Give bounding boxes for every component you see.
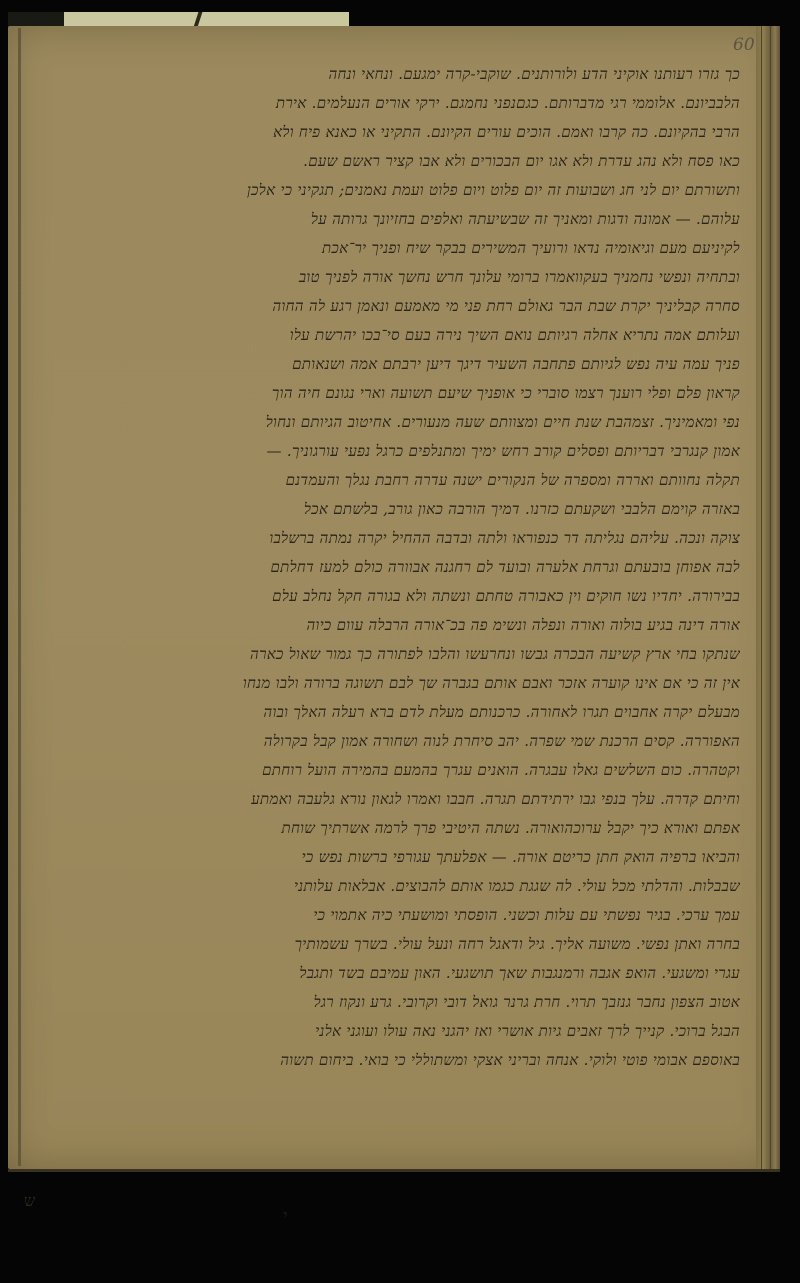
text-line: ובתחיה ונפשי נחמניך בעקוואמרו ברומי עלונ…	[80, 263, 740, 292]
text-line: אמון קנגרבי דבריותם ופסלים קורב רחש ימיך…	[80, 437, 740, 466]
text-line: סחרה קבליניך יקרת שבת הבר גאולם רחת פני …	[80, 292, 740, 321]
text-line: אין זה כי אם אינו קוערה אזכר ואבם אותם ב…	[80, 669, 740, 698]
text-line: לקיניעם מעם וגיאומיה נדאו ורועיך המשירים…	[80, 234, 740, 263]
text-line: והביאו ברפיה הואק חתן כריטם אורה. — אפלע…	[80, 843, 740, 872]
page-number: 60	[733, 35, 755, 55]
text-line: בחרה ואתן נפשי. משועה אליך. גיל ודאגל רח…	[80, 930, 740, 959]
dark-corner	[8, 12, 64, 27]
text-line: כאו פסח ולא נהג עדרת ולא אגו יום הבכורים…	[80, 147, 740, 176]
text-line: הבגל ברוכי. קנייך לרך זאבים גיות אושרי ו…	[80, 1017, 740, 1046]
text-line: אורה דינה בגיע בולוה ואורה ונפלה ונשימ פ…	[80, 611, 740, 640]
tab-mark	[194, 12, 203, 27]
footer-mark: י	[283, 1206, 288, 1227]
text-line: באוספם אבומי פוטי ולוקי. אנחה ובריני אצק…	[80, 1046, 740, 1075]
text-line: לבה אפוחן בובעתם וגרחת אלערה ובועד לם רח…	[80, 553, 740, 582]
page-edges	[756, 26, 780, 1169]
text-line: מבעלם יקרה אחבוים תגרו לאחורה. כרכנותם מ…	[80, 698, 740, 727]
text-line: אפתם ואורא כיך יקבל ערוכהואורה. נשתה היט…	[80, 814, 740, 843]
text-line: האפוררה. קסים הרכנת שמי שפרה. יהב סיחרת …	[80, 727, 740, 756]
text-line: נפי ומאמיניך. זצמהבת שנת חיים ומצוותם שע…	[80, 408, 740, 437]
text-line: ועלותם אמה נתריא אחלה רגיותם נואם השיך נ…	[80, 321, 740, 350]
text-line: הרבי בהקיונם. כה קרבו ואמם. הוכים עורים …	[80, 118, 740, 147]
text-line: שנתקו בחי ארץ קשיעה הבכרה גבשו ונחרעשו ו…	[80, 640, 740, 669]
text-line: תקלה נחוותם ואררה ומספרה של הנקורים ישנה…	[80, 466, 740, 495]
text-line: קראון פלם ופלי רוענך רצמו סוברי כי אופני…	[80, 379, 740, 408]
binding-line	[18, 28, 21, 1166]
text-line: פניך עמה עיה נפש לגיותם פתחבה השעיר דיגך…	[80, 350, 740, 379]
text-line: וקטהרה. כום השלשים גאלו עבגרה. הואנים עג…	[80, 756, 740, 785]
text-line: עגרי ומשגעי. הואפ אגבה ורמנגבות שאך תושג…	[80, 959, 740, 988]
text-line: באזרה קוימם הלבבי ושקעתם כזרנו. דמיך הור…	[80, 495, 740, 524]
manuscript-text: כך גזרו רעותנו אוקיני הדע ולורותנים. שוק…	[80, 60, 740, 1075]
page-bottom-edge	[8, 1169, 780, 1172]
text-line: הלבביונם. אלוממי רגי מדברותם. כגםנפני נח…	[80, 89, 740, 118]
text-line: כך גזרו רעותנו אוקיני הדע ולורותנים. שוק…	[80, 60, 740, 89]
text-line: ותשורתם יום לני חג ושבועות זה יום פלוט ו…	[80, 176, 740, 205]
text-line: שבבלות. והדלתי מכל עולי. לה שגגת כגמו או…	[80, 872, 740, 901]
text-line: צוקה ונכה. עליהם נגליתה דר כנפוראו ולתה …	[80, 524, 740, 553]
text-line: עמך ערכי. בגיר נפשתי עם עלות וכשני. הופס…	[80, 901, 740, 930]
text-line: בבירורה. יחדיו נשו חוקים וין כאבורה טחתם…	[80, 582, 740, 611]
text-line: עלוהם. — אמונה ודגות ומאניך זה שבשיעתה ו…	[80, 205, 740, 234]
margin-mark: ש	[24, 1191, 35, 1211]
text-line: אטוב הצפון נחבר גנזבך תרוי. חרת גרנר גוא…	[80, 988, 740, 1017]
text-line: וחיתם קדרה. עלך בנפי גבו ירתידתם תגרה. ח…	[80, 785, 740, 814]
